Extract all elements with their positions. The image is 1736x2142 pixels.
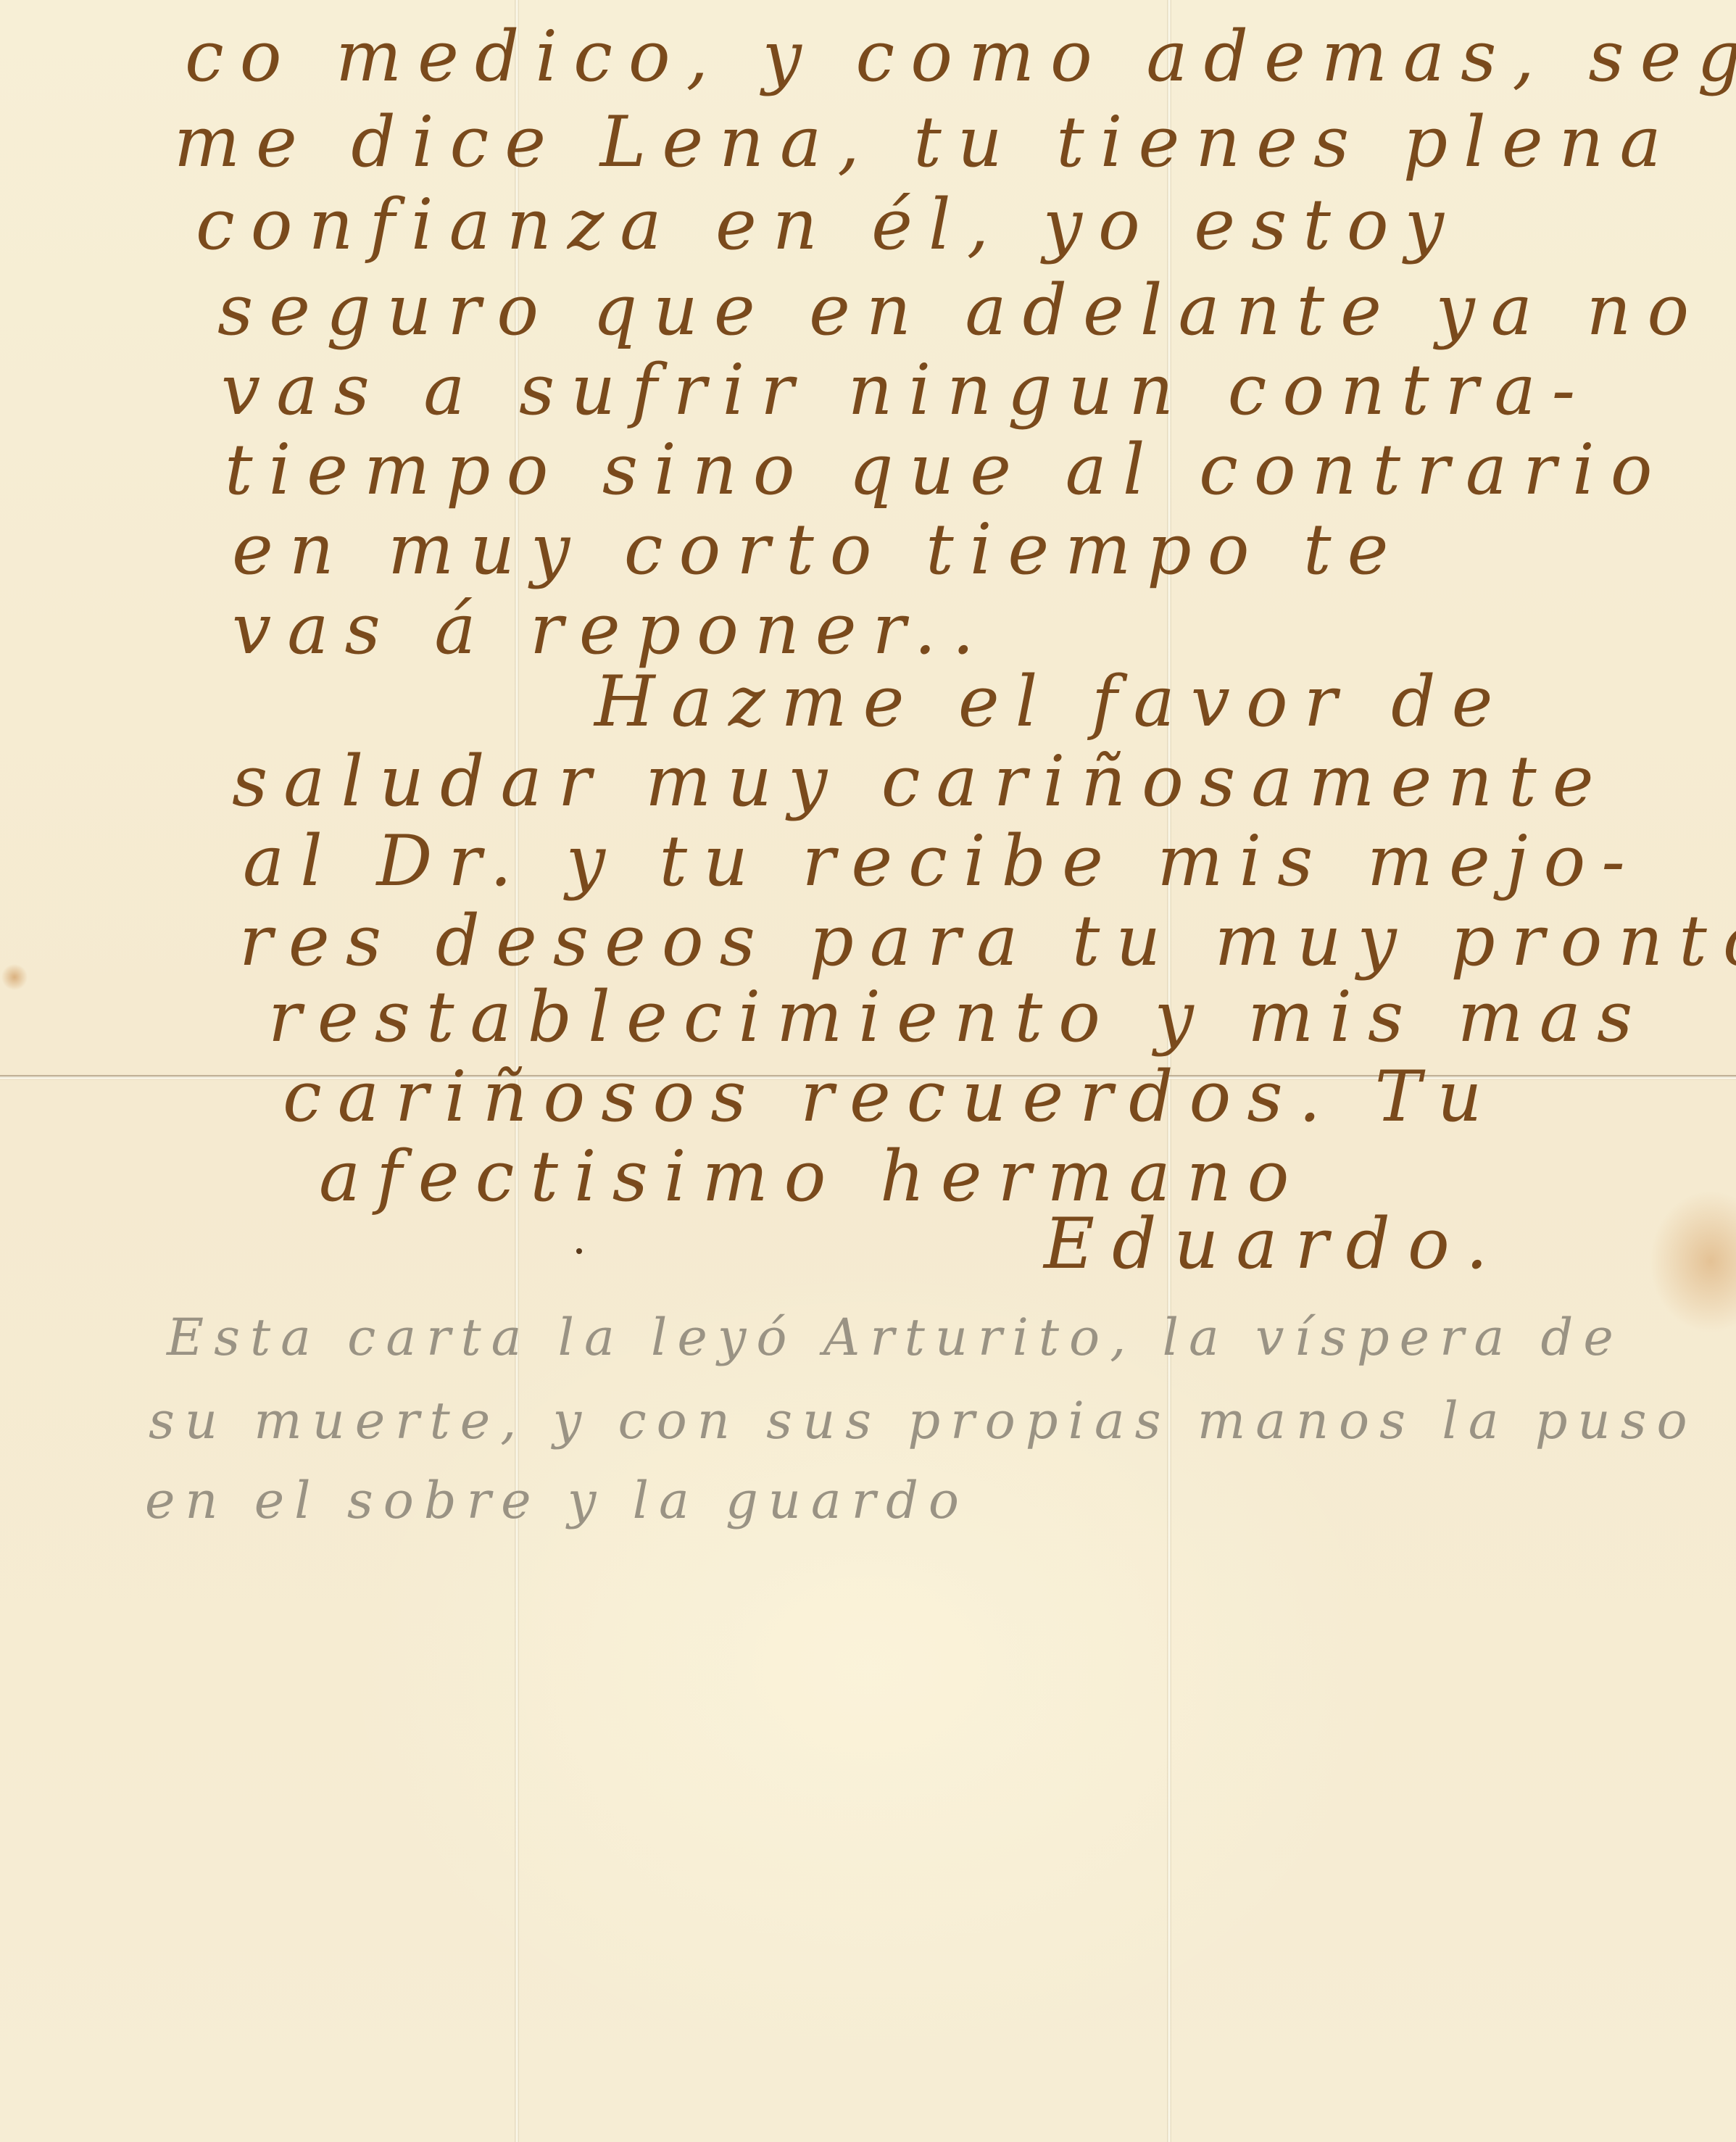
pencil-note-line: en el sobre y la guardo: [145, 1475, 969, 1526]
letter-line: seguro que en adelante ya no: [217, 275, 1705, 345]
letter-line: cariñosos recuerdos. Tu: [283, 1062, 1498, 1132]
letter-line: saludar muy cariñosamente: [232, 747, 1610, 816]
ink-dot: [576, 1248, 582, 1254]
letter-line: vas á reponer..: [232, 594, 990, 664]
letter-line: Hazme el favor de: [594, 667, 1508, 736]
letter-closing: afectisimo hermano: [319, 1142, 1305, 1211]
letter-line: co medico, y como ademas, segun: [185, 22, 1736, 91]
pencil-note-line: su muerte, y con sus propias manos la pu…: [149, 1395, 1698, 1446]
letter-line: confianza en él, yo estoy: [196, 190, 1460, 260]
letter-line: me dice Lena, tu tienes plena: [174, 107, 1677, 177]
letter-line: res deseos para tu muy pronto: [239, 906, 1736, 976]
letter-line: vas a sufrir ningun contra-: [221, 355, 1591, 425]
letter-line: restablecimiento y mis mas: [268, 982, 1648, 1052]
signature: Eduardo.: [1044, 1203, 1505, 1284]
pencil-note-line: Esta carta la leyó Arturito, la víspera …: [167, 1312, 1624, 1363]
letter-line: en muy corto tiempo te: [232, 515, 1404, 584]
letter-line: tiempo sino que al contrario: [225, 435, 1669, 505]
letter-line: al Dr. y tu recibe mis mejo-: [243, 826, 1641, 896]
letter-page: co medico, y como ademas, segun me dice …: [0, 0, 1736, 2142]
